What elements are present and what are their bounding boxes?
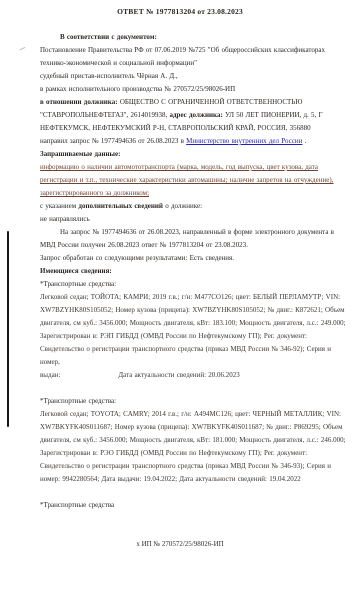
requested-data-heading: Запрашиваемые данные: [40,148,350,161]
request-sent-line: направил запрос № 1977494636 от 26.08.20… [40,135,350,148]
extra-info-line: с указанием дополнительных сведений о до… [40,200,350,213]
vehicles-heading-1: *Транспортные средства: [40,278,350,291]
processed-line: Запрос обработан со следующими результат… [40,252,350,265]
vehicles-heading-2: *Транспортные средства: [40,395,350,408]
proceeding-line: в рамках исполнительного производства № … [40,83,350,96]
vehicle-1-issue-label: выдан: [40,369,60,382]
scan-noise-mark [19,47,26,53]
spacer [40,486,350,499]
vehicle-1-actuality-row: выдан:Дата актуальности сведений: 20.06.… [40,369,350,382]
available-heading: Имеющиеся сведения: [40,265,350,278]
extra-bold: дополнительных сведений [78,202,163,210]
debtor-paragraph: в отношении должника: ОБЩЕСТВО С ОГРАНИЧ… [40,96,350,135]
debtor-address-label: адрес должника: [170,111,223,119]
vehicle-1-actuality-date: Дата актуальности сведений: 20.06.2023 [118,369,239,382]
request-sent-prefix: направил запрос № 1977494636 от 26.08.20… [40,137,186,145]
intro-heading: В соответствии с документом: [40,31,350,44]
requested-data-text: информацию о наличии автомототранспорта … [40,161,350,200]
officer-line: судебный пристав-исполнитель Чёрная А. Д… [40,70,350,83]
extra-suffix: о должнике: [163,202,202,210]
vehicles-heading-3: *Транспортные средства [40,499,350,512]
not-sent-line: не направлялись [40,213,350,226]
footer-case-number: х ИП № 270572/25/98026-ИП [40,538,320,551]
spacer [40,382,350,395]
response-paragraph: На запрос № 1977494636 от 26.08.2023, на… [40,226,350,252]
doc-title: ОТВЕТ № 1977813204 от 23.08.2023 [40,6,320,17]
mvd-link[interactable]: Министерство внутренних дел России [186,137,302,145]
document-page: ОТВЕТ № 1977813204 от 23.08.2023 В соотв… [0,0,360,600]
debtor-label: в отношении должника: [40,98,118,106]
extra-prefix: с указанием [40,202,78,210]
basis-paragraph: Постановление Правительства РФ от 07.06.… [40,44,350,70]
vehicle-2-paragraph: Легковой седан; TOYOTA; CAMRY; 2014 г.в.… [40,408,350,486]
request-sent-suffix: . [302,137,306,145]
left-margin-line [7,231,9,427]
vehicle-1-paragraph: Легковой седан; ТОЙОТА; КАМРИ; 2019 г.в.… [40,291,350,369]
